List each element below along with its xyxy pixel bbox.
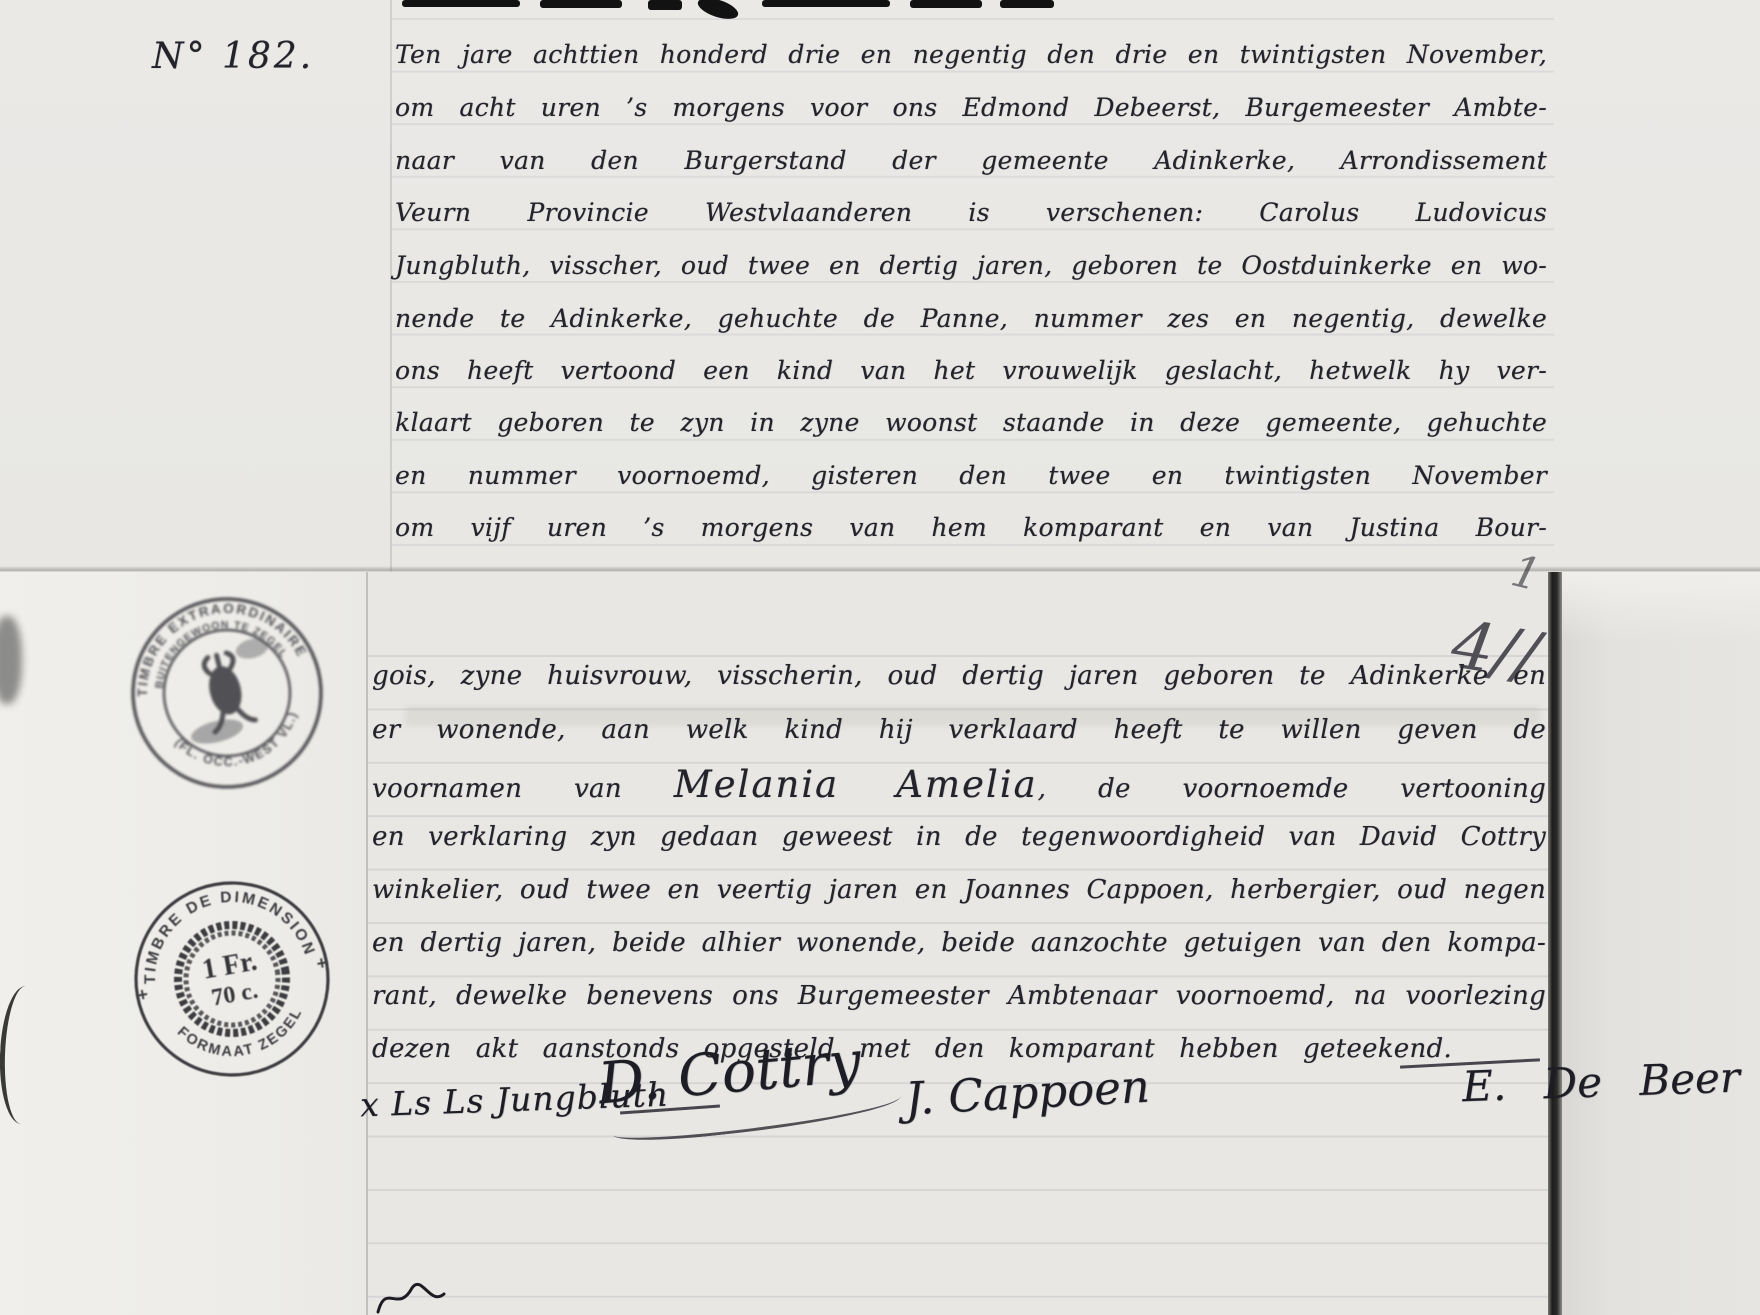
- cutoff-text-remnant: [1000, 0, 1054, 8]
- name-line-suffix: , de voornoemde vertooning: [1038, 774, 1546, 804]
- manuscript-line: klaart geboren te zyn in zyne woonst sta…: [395, 408, 1547, 461]
- manuscript-line: om vijf uren ’s morgens van hem komparan…: [395, 513, 1547, 566]
- scan-gutter-shadow: [1548, 572, 1562, 1315]
- manuscript-line: winkelier, oud twee en veertig jaren en …: [372, 875, 1546, 928]
- cutoff-text-remnant: [540, 0, 622, 8]
- stamp1-arc-bottom: (FL. OCC.-WEST VL.): [170, 706, 309, 783]
- edge-bracket-mark: [0, 985, 49, 1125]
- manuscript-line-child-name: voornamen van Melania Amelia, de voornoe…: [372, 766, 1546, 824]
- dimension-stamp: TIMBRE DE DIMENSION FORMAAT ZEGEL + + 1 …: [104, 849, 360, 1110]
- cutoff-text-remnant: [648, 0, 682, 10]
- stamp2-side-mark-left: +: [136, 984, 150, 1006]
- manuscript-line: er wonende, aan welk kind hij verklaard …: [372, 715, 1546, 768]
- manuscript-line: ons heeft vertoond een kind van het vrou…: [395, 356, 1547, 409]
- manuscript-line: Jungbluth, visscher, oud twee en dertig …: [395, 251, 1547, 304]
- adjacent-page-edge: [1562, 572, 1760, 1315]
- manuscript-line: nende te Adinkerke, gehuchte de Panne, n…: [395, 304, 1547, 357]
- name-line-prefix: voornamen van: [372, 774, 674, 804]
- child-name: Melania Amelia: [674, 763, 1038, 806]
- cutoff-stroke-next-entry: [372, 1280, 482, 1315]
- adjacent-page-edge-highlight: [1562, 572, 1760, 642]
- cutoff-text-remnant: [910, 0, 982, 8]
- manuscript-line: Veurn Provincie Westvlaanderen is versch…: [395, 198, 1547, 251]
- manuscript-line: en dertig jaren, beide alhier wonende, b…: [372, 928, 1546, 981]
- manuscript-line: gois, zyne huisvrouw, visscherin, oud de…: [372, 661, 1546, 714]
- cutoff-text-remnant: [762, 0, 890, 7]
- manuscript-line: en verklaring zyn gedaan geweest in de t…: [372, 822, 1546, 875]
- cutoff-text-remnant: [402, 0, 520, 7]
- svg-text:(FL. OCC.-WEST VL.): (FL. OCC.-WEST VL.): [170, 706, 309, 783]
- margin-ink-mark: 4//: [1447, 606, 1544, 696]
- document-scan: N° 182. Ten jare achttien honderd drie e…: [0, 0, 1760, 1315]
- lion-crest: [172, 636, 287, 748]
- manuscript-line: om acht uren ’s morgens voor ons Edmond …: [395, 93, 1547, 146]
- page-1: N° 182. Ten jare achttien honderd drie e…: [0, 0, 1760, 572]
- act-number: N° 182.: [152, 36, 314, 77]
- manuscript-line: Ten jare achttien honderd drie en negent…: [395, 40, 1547, 93]
- manuscript-line: naar van den Burgerstand der gemeente Ad…: [395, 146, 1547, 199]
- manuscript-line: en nummer voornoemd, gisteren den twee e…: [395, 461, 1547, 514]
- manuscript-line: rant, dewelke benevens ons Burgemeester …: [372, 981, 1546, 1034]
